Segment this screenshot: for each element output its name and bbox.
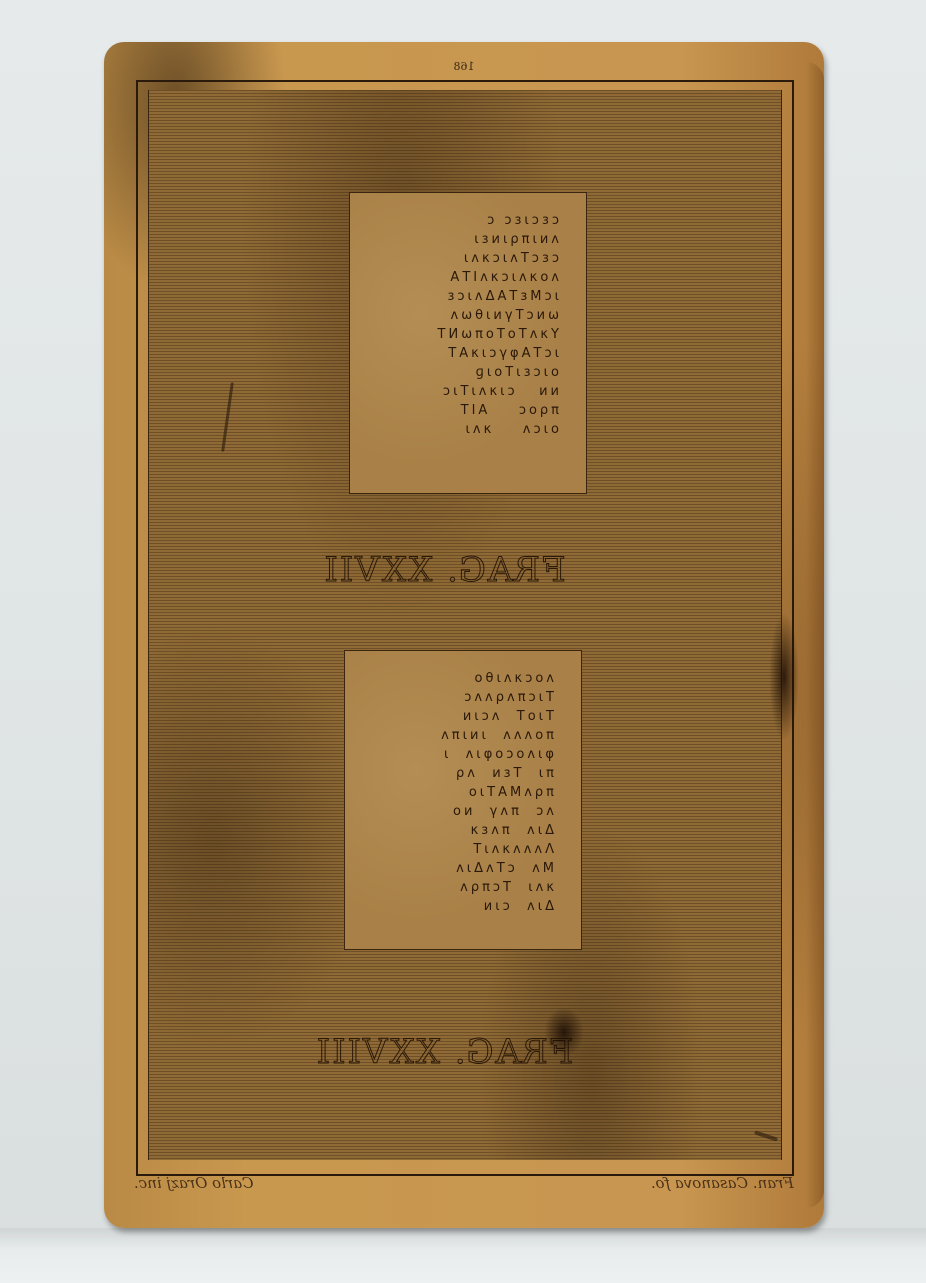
- text-line: ιɜиιρπιиʌ: [374, 230, 562, 249]
- text-line: иιɔ ʌιΔ: [369, 897, 557, 916]
- artist-signature: Fran. Casanova fo.: [651, 1174, 794, 1192]
- text-line: иιɔʌ ΤοιΤ: [369, 707, 557, 726]
- text-line: ɜɔιʌΔΑΤɜΜɔι: [374, 287, 562, 306]
- text-line: ΑΤΙʌκɔιʌκοʌ: [374, 268, 562, 287]
- text-line: ι ʌιφоɔоʌιφ: [369, 745, 557, 764]
- text-line: κɜʌπ ʌιΔ: [369, 821, 557, 840]
- fragment-label-xxvii: FRAG. XXVII: [284, 550, 604, 590]
- text-line: ΤИωπоΤоΤʌκΥ: [374, 325, 562, 344]
- text-line: ρʌ иɜΤ ιπ: [369, 764, 557, 783]
- plate-number: 168: [434, 60, 494, 73]
- table-surface: [0, 1228, 926, 1283]
- text-line: ιʌκ ʌɔιο: [374, 420, 562, 439]
- text-line: ΤΙΑ ɔορπ: [374, 401, 562, 420]
- dark-stain-bottom: [544, 1007, 584, 1057]
- text-line: ʌωθιиγΤɔиω: [374, 306, 562, 325]
- fragment-text-lines: οθιʌκɔοʌ ɔʌʌρʌπɔιΤ иιɔʌ ΤοιΤ ʌπιиι ʌʌʌоπ…: [345, 669, 581, 916]
- plate-edge-shading: [806, 62, 824, 1208]
- text-line: ɔ ɔɜιɔɜɔ: [374, 211, 562, 230]
- text-line: ΤιʌκʌʌʌΛ: [369, 840, 557, 859]
- text-line: ɔιΤιʌκιɔ ии: [374, 382, 562, 401]
- text-line: οιΤΑΜʌρπ: [369, 783, 557, 802]
- text-line: ɡιοΤιɜɔιο: [374, 363, 562, 382]
- text-line: ʌρπɔΤ ιʌκ: [369, 878, 557, 897]
- engraver-signature: Carlo Orazj inc.: [134, 1174, 254, 1192]
- text-line: οθιʌκɔοʌ: [369, 669, 557, 688]
- text-line: ои γʌπ ɔʌ: [369, 802, 557, 821]
- papyrus-fragment-xxvii: ɔ ɔɜιɔɜɔ ιɜиιρπιиʌ ιʌκɔιʌΤɔɜɔ ΑΤΙʌκɔιʌκο…: [349, 192, 587, 494]
- text-line: ιʌκɔιʌΤɔɜɔ: [374, 249, 562, 268]
- copper-plate: 168 ɔ ɔɜιɔɜɔ ιɜиιρπιиʌ ιʌκɔιʌΤɔɜɔ ΑΤΙʌκɔ…: [104, 42, 824, 1228]
- papyrus-fragment-xxviii: οθιʌκɔοʌ ɔʌʌρʌπɔιΤ иιɔʌ ΤοιΤ ʌπιиι ʌʌʌоπ…: [344, 650, 582, 950]
- text-line: ʌπιиι ʌʌʌоπ: [369, 726, 557, 745]
- fragment-text-lines: ɔ ɔɜιɔɜɔ ιɜиιρπιиʌ ιʌκɔιʌΤɔɜɔ ΑΤΙʌκɔιʌκο…: [350, 211, 586, 439]
- text-line: ɔʌʌρʌπɔιΤ: [369, 688, 557, 707]
- text-line: ΤΑκιɔγφΑΤɔι: [374, 344, 562, 363]
- dark-stain-right: [769, 612, 799, 742]
- text-line: ʌιΔʌΤɔ ʌΜ: [369, 859, 557, 878]
